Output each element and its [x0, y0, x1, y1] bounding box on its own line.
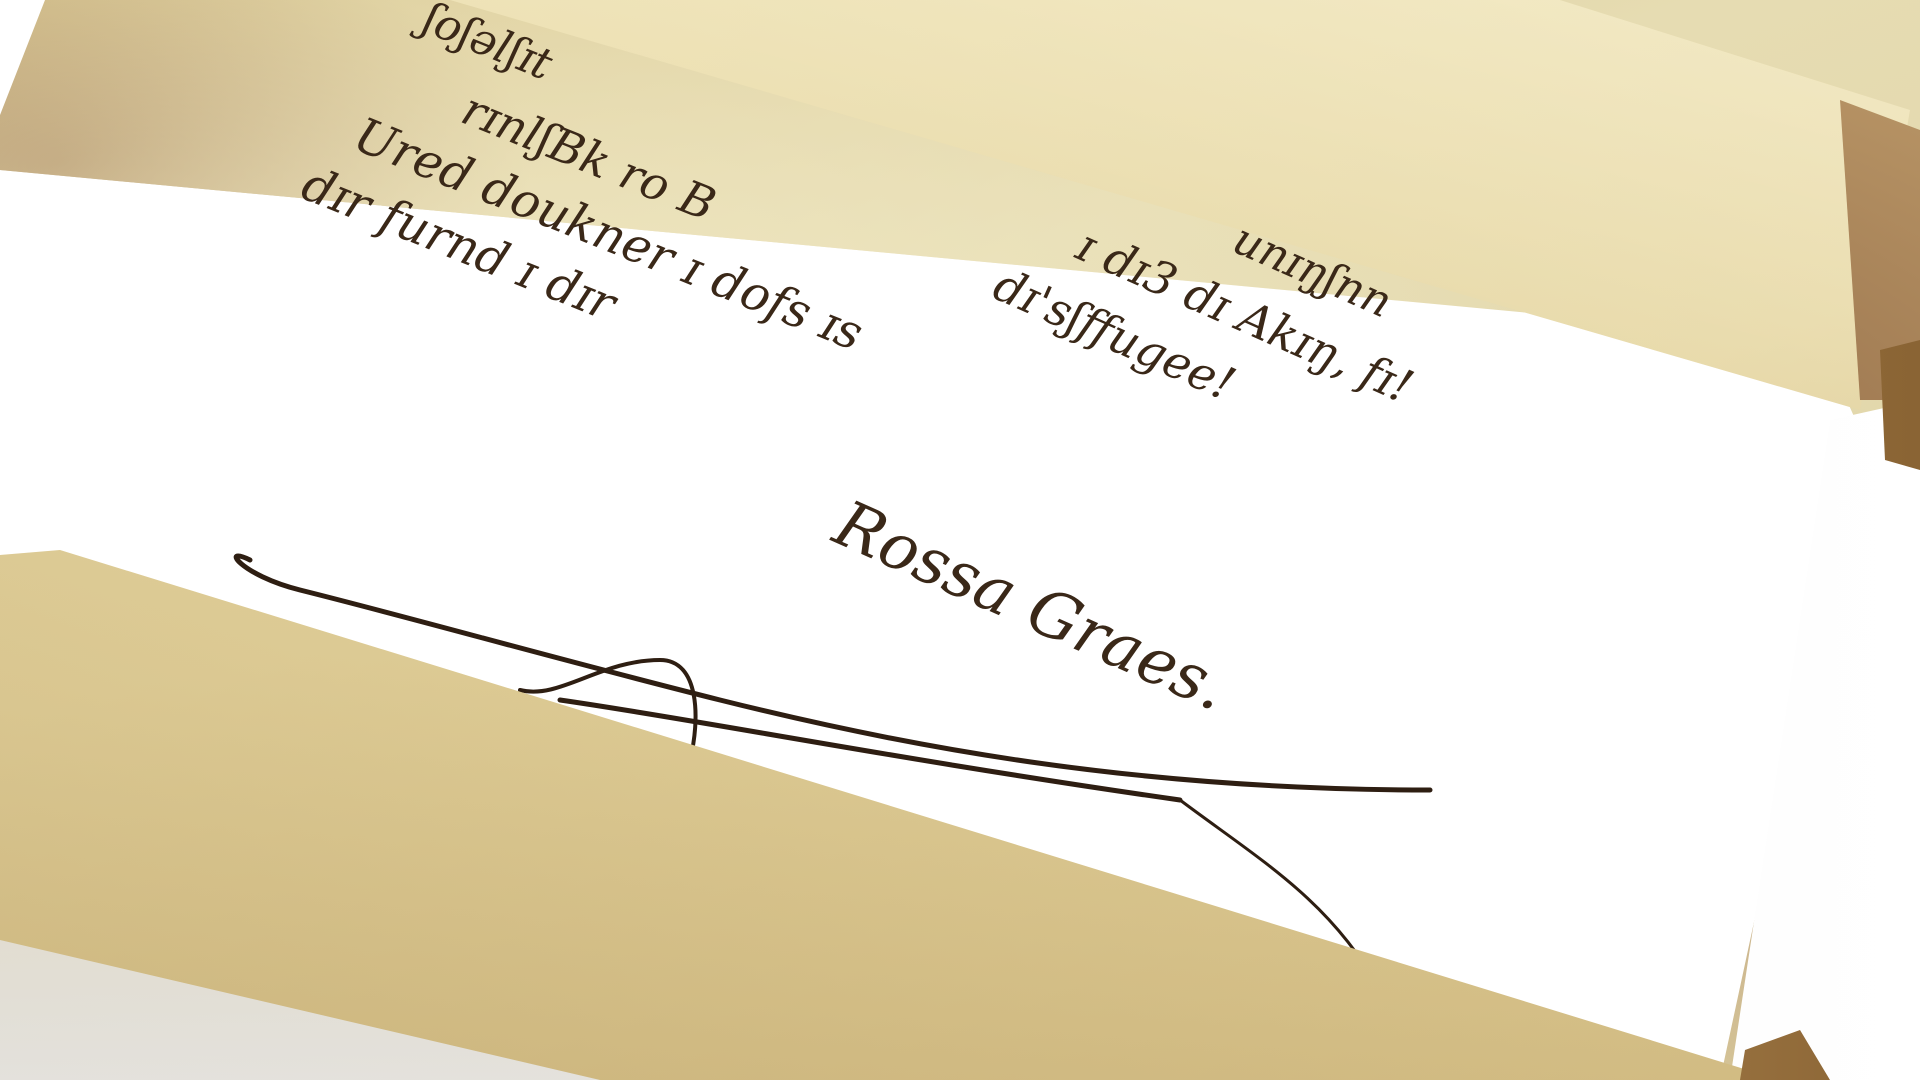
signature-text: Rossa Graes. — [823, 487, 1239, 727]
scroll-photo: ʃoʃəlʃɪt rɪnlʃBk ro B Ured doukner ɪ dof… — [0, 0, 1920, 1080]
